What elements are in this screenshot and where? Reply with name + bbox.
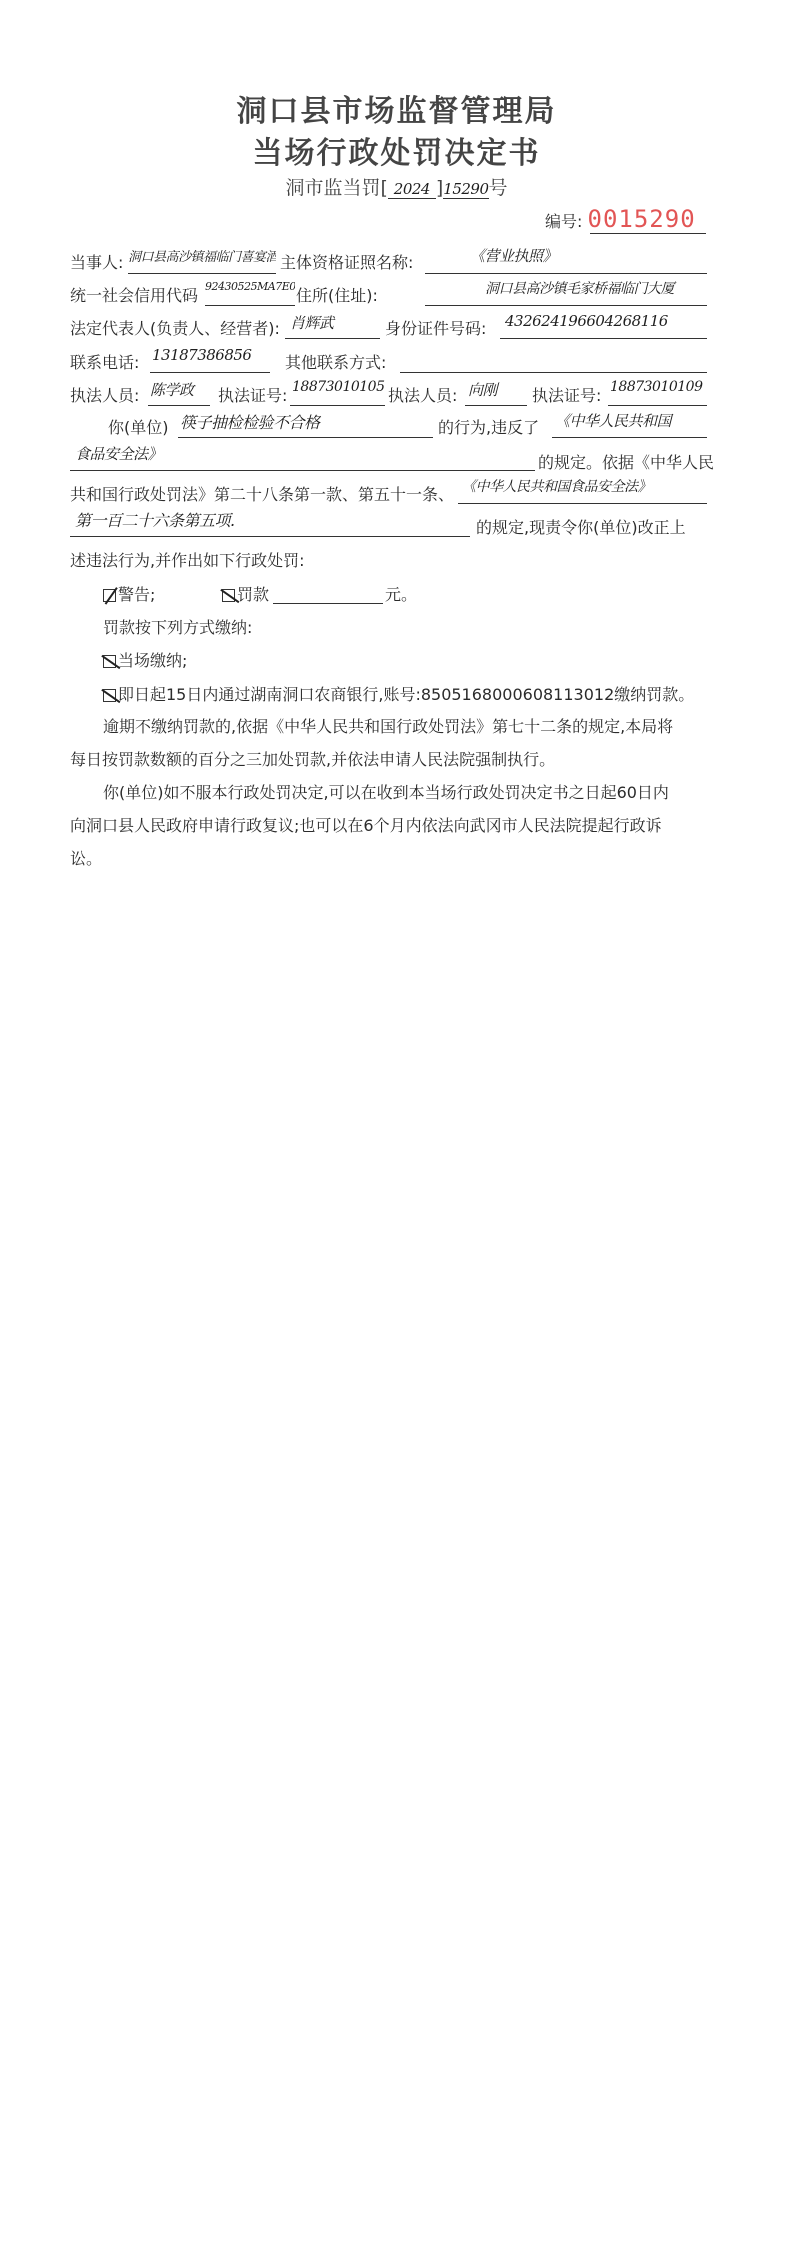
cert1-value[interactable]: 18873010105 bbox=[292, 379, 384, 395]
basis-text-2: 共和国行政处罚法》第二十八条第一款、第五十一条、 bbox=[70, 482, 454, 505]
behavior-value[interactable]: 筷子抽检检验不合格 bbox=[180, 410, 320, 433]
cert2-label: 执法证号: bbox=[532, 383, 601, 406]
fine-label: 罚款 bbox=[237, 585, 269, 604]
pay-onsite-checkbox[interactable] bbox=[103, 655, 116, 668]
appeal-text-2: 向洞口县人民政府申请行政复议;也可以在6个月内依法向武冈市人民法院提起行政诉 bbox=[70, 813, 662, 836]
license-value[interactable]: 《营业执照》 bbox=[470, 245, 557, 266]
pay-method-label: 罚款按下列方式缴纳: bbox=[103, 615, 252, 638]
appeal-text-1: 你(单位)如不服本行政处罚决定,可以在收到本当场行政处罚决定书之日起60日内 bbox=[103, 780, 669, 803]
you-unit-label: 你(单位) bbox=[108, 415, 169, 438]
legal-rep-label: 法定代表人(负责人、经营者): bbox=[70, 316, 280, 339]
basis-value-2[interactable]: 第一百二十六条第五项. bbox=[75, 508, 235, 531]
other-contact-label: 其他联系方式: bbox=[285, 350, 386, 373]
warning-option[interactable]: 警告; bbox=[103, 582, 155, 605]
serial-label: 编号: bbox=[545, 212, 582, 231]
form1-org-title: 洞口县市场监督管理局 bbox=[0, 86, 793, 130]
id-label: 身份证件号码: bbox=[385, 316, 486, 339]
pay-bank-checkbox[interactable] bbox=[103, 689, 116, 702]
officer2-value[interactable]: 向刚 bbox=[468, 379, 497, 400]
warning-label: 警告; bbox=[118, 585, 155, 604]
cert2-value[interactable]: 18873010109 bbox=[610, 379, 702, 395]
warning-checkbox[interactable] bbox=[103, 589, 116, 602]
credit-code-value[interactable]: 92430525MA7E0GTA84 bbox=[205, 280, 295, 293]
form1-doc-number: 洞市监当罚[2024]15290号 bbox=[0, 173, 793, 200]
party-label: 当事人: bbox=[70, 250, 123, 273]
cert1-label: 执法证号: bbox=[218, 383, 287, 406]
basis-value-1[interactable]: 《中华人民共和国食品安全法》 bbox=[462, 476, 651, 496]
legal-rep-value[interactable]: 肖辉武 bbox=[290, 312, 334, 333]
pay-onsite-label: 当场缴纳; bbox=[118, 651, 187, 670]
fine-checkbox[interactable] bbox=[222, 589, 235, 602]
address-value[interactable]: 洞口县高沙镇毛家桥福临门大厦 bbox=[485, 278, 674, 298]
pay-bank-label: 即日起15日内通过湖南洞口农商银行,账号:850516800060811301​… bbox=[118, 685, 694, 704]
phone-label: 联系电话: bbox=[70, 350, 139, 373]
appeal-text-3: 讼。 bbox=[70, 846, 102, 869]
fine-option[interactable]: 罚款 bbox=[222, 582, 269, 605]
serial-number: 编号: 0015290 bbox=[545, 205, 696, 233]
doc-number-num: 15290 bbox=[443, 180, 488, 199]
address-label: 住所(住址): bbox=[296, 283, 378, 306]
basis-text: 的规定。依据《中华人民 bbox=[538, 450, 714, 473]
order-text-2: 述违法行为,并作出如下行政处罚: bbox=[70, 548, 304, 571]
law-value-2[interactable]: 食品安全法》 bbox=[75, 443, 162, 464]
credit-code-label: 统一社会信用代码 bbox=[70, 283, 198, 306]
officer1-label: 执法人员: bbox=[70, 383, 139, 406]
law-value-1[interactable]: 《中华人民共和国 bbox=[555, 410, 671, 431]
form1-doc-title: 当场行政处罚决定书 bbox=[0, 128, 793, 172]
order-text: 的规定,现责令你(单位)改正上 bbox=[476, 515, 686, 538]
party-value[interactable]: 洞口县高沙镇福临门喜宴酒店 bbox=[128, 246, 276, 265]
serial-value: 0015290 bbox=[588, 205, 696, 233]
overdue-text-2: 每日按罚款数额的百分之三加处罚款,并依法申请人民法院强制执行。 bbox=[70, 747, 555, 770]
fine-unit: 元。 bbox=[385, 582, 417, 605]
license-label: 主体资格证照名称: bbox=[280, 250, 413, 273]
pay-onsite-option[interactable]: 当场缴纳; bbox=[103, 648, 187, 671]
overdue-text-1: 逾期不缴纳罚款的,依据《中华人民共和国行政处罚法》第七十二条的规定,本局将 bbox=[103, 714, 673, 737]
doc-number-suffix: 号 bbox=[489, 177, 508, 199]
officer2-label: 执法人员: bbox=[388, 383, 457, 406]
id-value[interactable]: 432624196604268116 bbox=[505, 312, 668, 330]
phone-value[interactable]: 13187386856 bbox=[152, 346, 251, 364]
doc-number-year: 2024 bbox=[388, 180, 436, 199]
pay-bank-option[interactable]: 即日起15日内通过湖南洞口农商银行,账号:850516800060811301​… bbox=[103, 682, 694, 705]
officer1-value[interactable]: 陈学政 bbox=[150, 379, 194, 400]
violated-label: 的行为,违反了 bbox=[438, 415, 539, 438]
doc-number-prefix: 洞市监当罚[ bbox=[285, 177, 387, 199]
